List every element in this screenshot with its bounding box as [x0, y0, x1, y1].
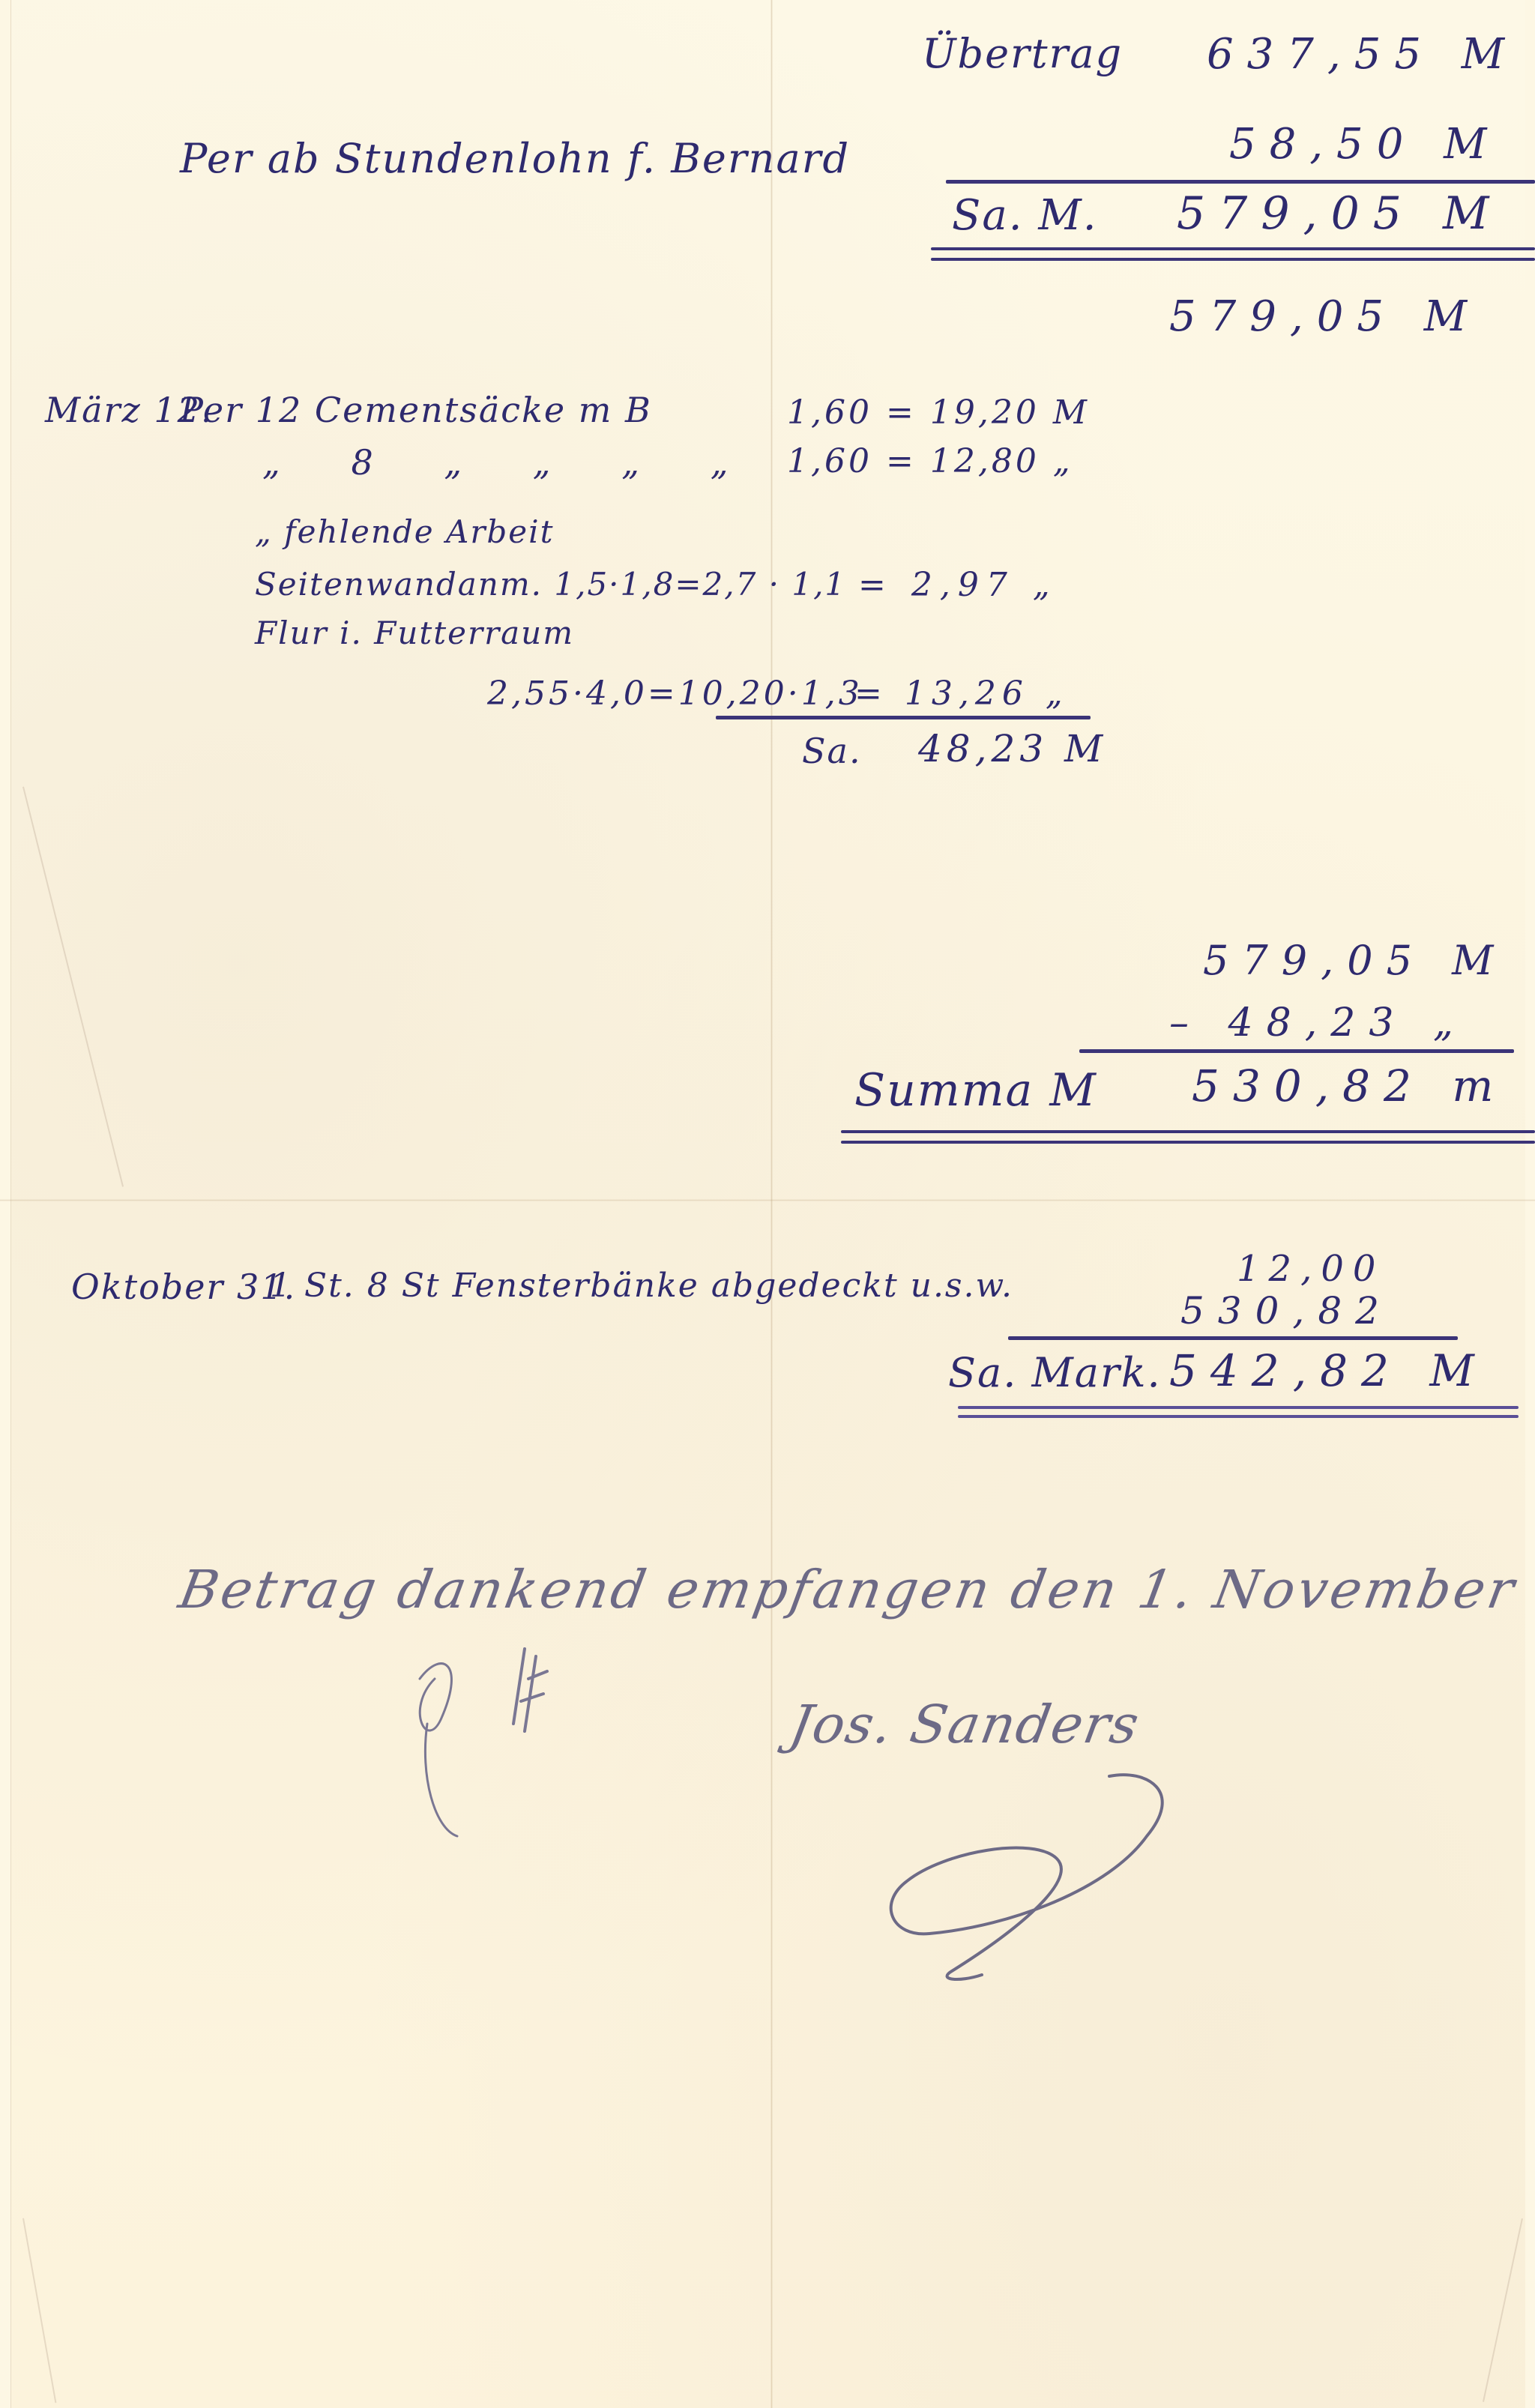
summa-label: Summa M: [854, 1064, 1097, 1117]
amount: 12,80: [930, 442, 1040, 480]
currency-unit: „: [1433, 1001, 1467, 1045]
amount: 579,05: [1203, 937, 1426, 984]
summa-amount: 530,82 m: [1192, 1060, 1507, 1111]
currency-unit: „: [1046, 675, 1069, 713]
horizontal-fold-line: [0, 1199, 1535, 1201]
october-rule: [1008, 1336, 1458, 1340]
amount: 2,97: [911, 566, 1015, 604]
equals: =: [886, 393, 917, 432]
currency-unit: M: [1053, 393, 1090, 432]
pencil-scribble-icon: [375, 1634, 615, 1874]
currency-unit: „: [1033, 566, 1058, 604]
march-total-amount: 48,23 M: [918, 727, 1107, 770]
equals: =: [886, 442, 917, 480]
subtotal-label: Sa. M.: [952, 191, 1098, 240]
rate: 1,60: [787, 442, 872, 480]
currency-unit: m: [1452, 1060, 1507, 1111]
summa-double-rule: [841, 1130, 1535, 1133]
currency-unit: M: [1429, 1345, 1487, 1396]
march-line-2-calc: 1,60 = 12,80 „: [787, 442, 1073, 480]
minus-operator: –: [1169, 1001, 1202, 1045]
rate: 1,60: [787, 393, 872, 432]
deduction-amount: 58,50 M: [1229, 120, 1500, 169]
march-line-3-text: „ fehlende Arbeit: [255, 513, 554, 550]
march-line-1-text: Per 12 Cementsäcke m B: [180, 390, 652, 430]
deduction-text: Per ab Stundenlohn f. Bernard: [180, 135, 850, 182]
carried-amount: 530,82: [1180, 1289, 1393, 1333]
october-total-amount: 542,82 M: [1169, 1345, 1488, 1396]
subtotal-double-rule: [931, 247, 1535, 250]
amount: 58,50: [1229, 120, 1417, 169]
subtraction-rule: [1079, 1049, 1514, 1053]
currency-unit: M: [1452, 937, 1507, 984]
amount: 48,23: [1228, 1001, 1408, 1045]
paper-sheet: [10, 0, 1525, 2408]
carry-over-amount: 637,55 M: [1207, 30, 1518, 79]
vertical-fold-line: [770, 0, 773, 2408]
march-line-6-calc: = 13,26 „: [854, 675, 1069, 713]
equals: =: [858, 566, 893, 604]
amount: 19,20: [930, 393, 1040, 432]
subtotal-repeat-amount: 579,05 M: [1169, 292, 1480, 341]
march-line-6-text: 2,55·4,0=10,20·1,3: [487, 675, 863, 713]
subtotal-rule: [946, 180, 1535, 184]
amount: 579,05: [1169, 292, 1397, 341]
equals: =: [854, 675, 888, 713]
march-line-4-calc: = 2,97 „: [858, 566, 1058, 604]
march-total-label: Sa.: [802, 731, 862, 771]
october-total-label: Sa. Mark.: [948, 1349, 1162, 1396]
currency-unit: M: [1444, 120, 1500, 169]
subtrahend-amount: – 48,23 „: [1169, 1001, 1467, 1045]
currency-unit: „: [1053, 442, 1073, 480]
march-line-2-text: „ 8 „ „ „ „: [262, 442, 759, 483]
currency-unit: M: [1443, 187, 1502, 240]
october-date: Oktober 31.: [71, 1267, 296, 1307]
carry-over-label: Übertrag: [922, 30, 1123, 77]
signature-flourish-icon: [862, 1746, 1237, 1986]
minuend-amount: 579,05 M: [1203, 937, 1507, 984]
march-total-rule: [716, 716, 1091, 719]
amount: 579,05: [1177, 187, 1415, 240]
amount: 48,23: [918, 727, 1048, 770]
receipt-text: Betrag dankend empfangen den 1. November…: [175, 1559, 1535, 1620]
currency-unit: M: [1064, 727, 1107, 770]
march-line-4-text: Seitenwandanm. 1,5·1,8=2,7 · 1,1: [255, 566, 846, 603]
amount: 530,82: [1192, 1060, 1425, 1111]
october-text: 1 St. 8 St Fensterbänke abgedeckt u.s.w.: [270, 1267, 1013, 1305]
amount: 542,82: [1169, 1345, 1402, 1396]
subtotal-amount: 579,05 M: [1177, 187, 1502, 240]
october-double-rule: [958, 1406, 1519, 1409]
october-amount: 12,00: [1237, 1248, 1384, 1290]
march-line-1-calc: 1,60 = 19,20 M: [787, 393, 1090, 432]
amount: 637,55: [1207, 30, 1435, 79]
march-line-5-text: Flur i. Futterraum: [255, 615, 574, 651]
currency-unit: M: [1424, 292, 1480, 341]
currency-unit: M: [1462, 30, 1518, 79]
amount: 13,26: [905, 675, 1029, 713]
